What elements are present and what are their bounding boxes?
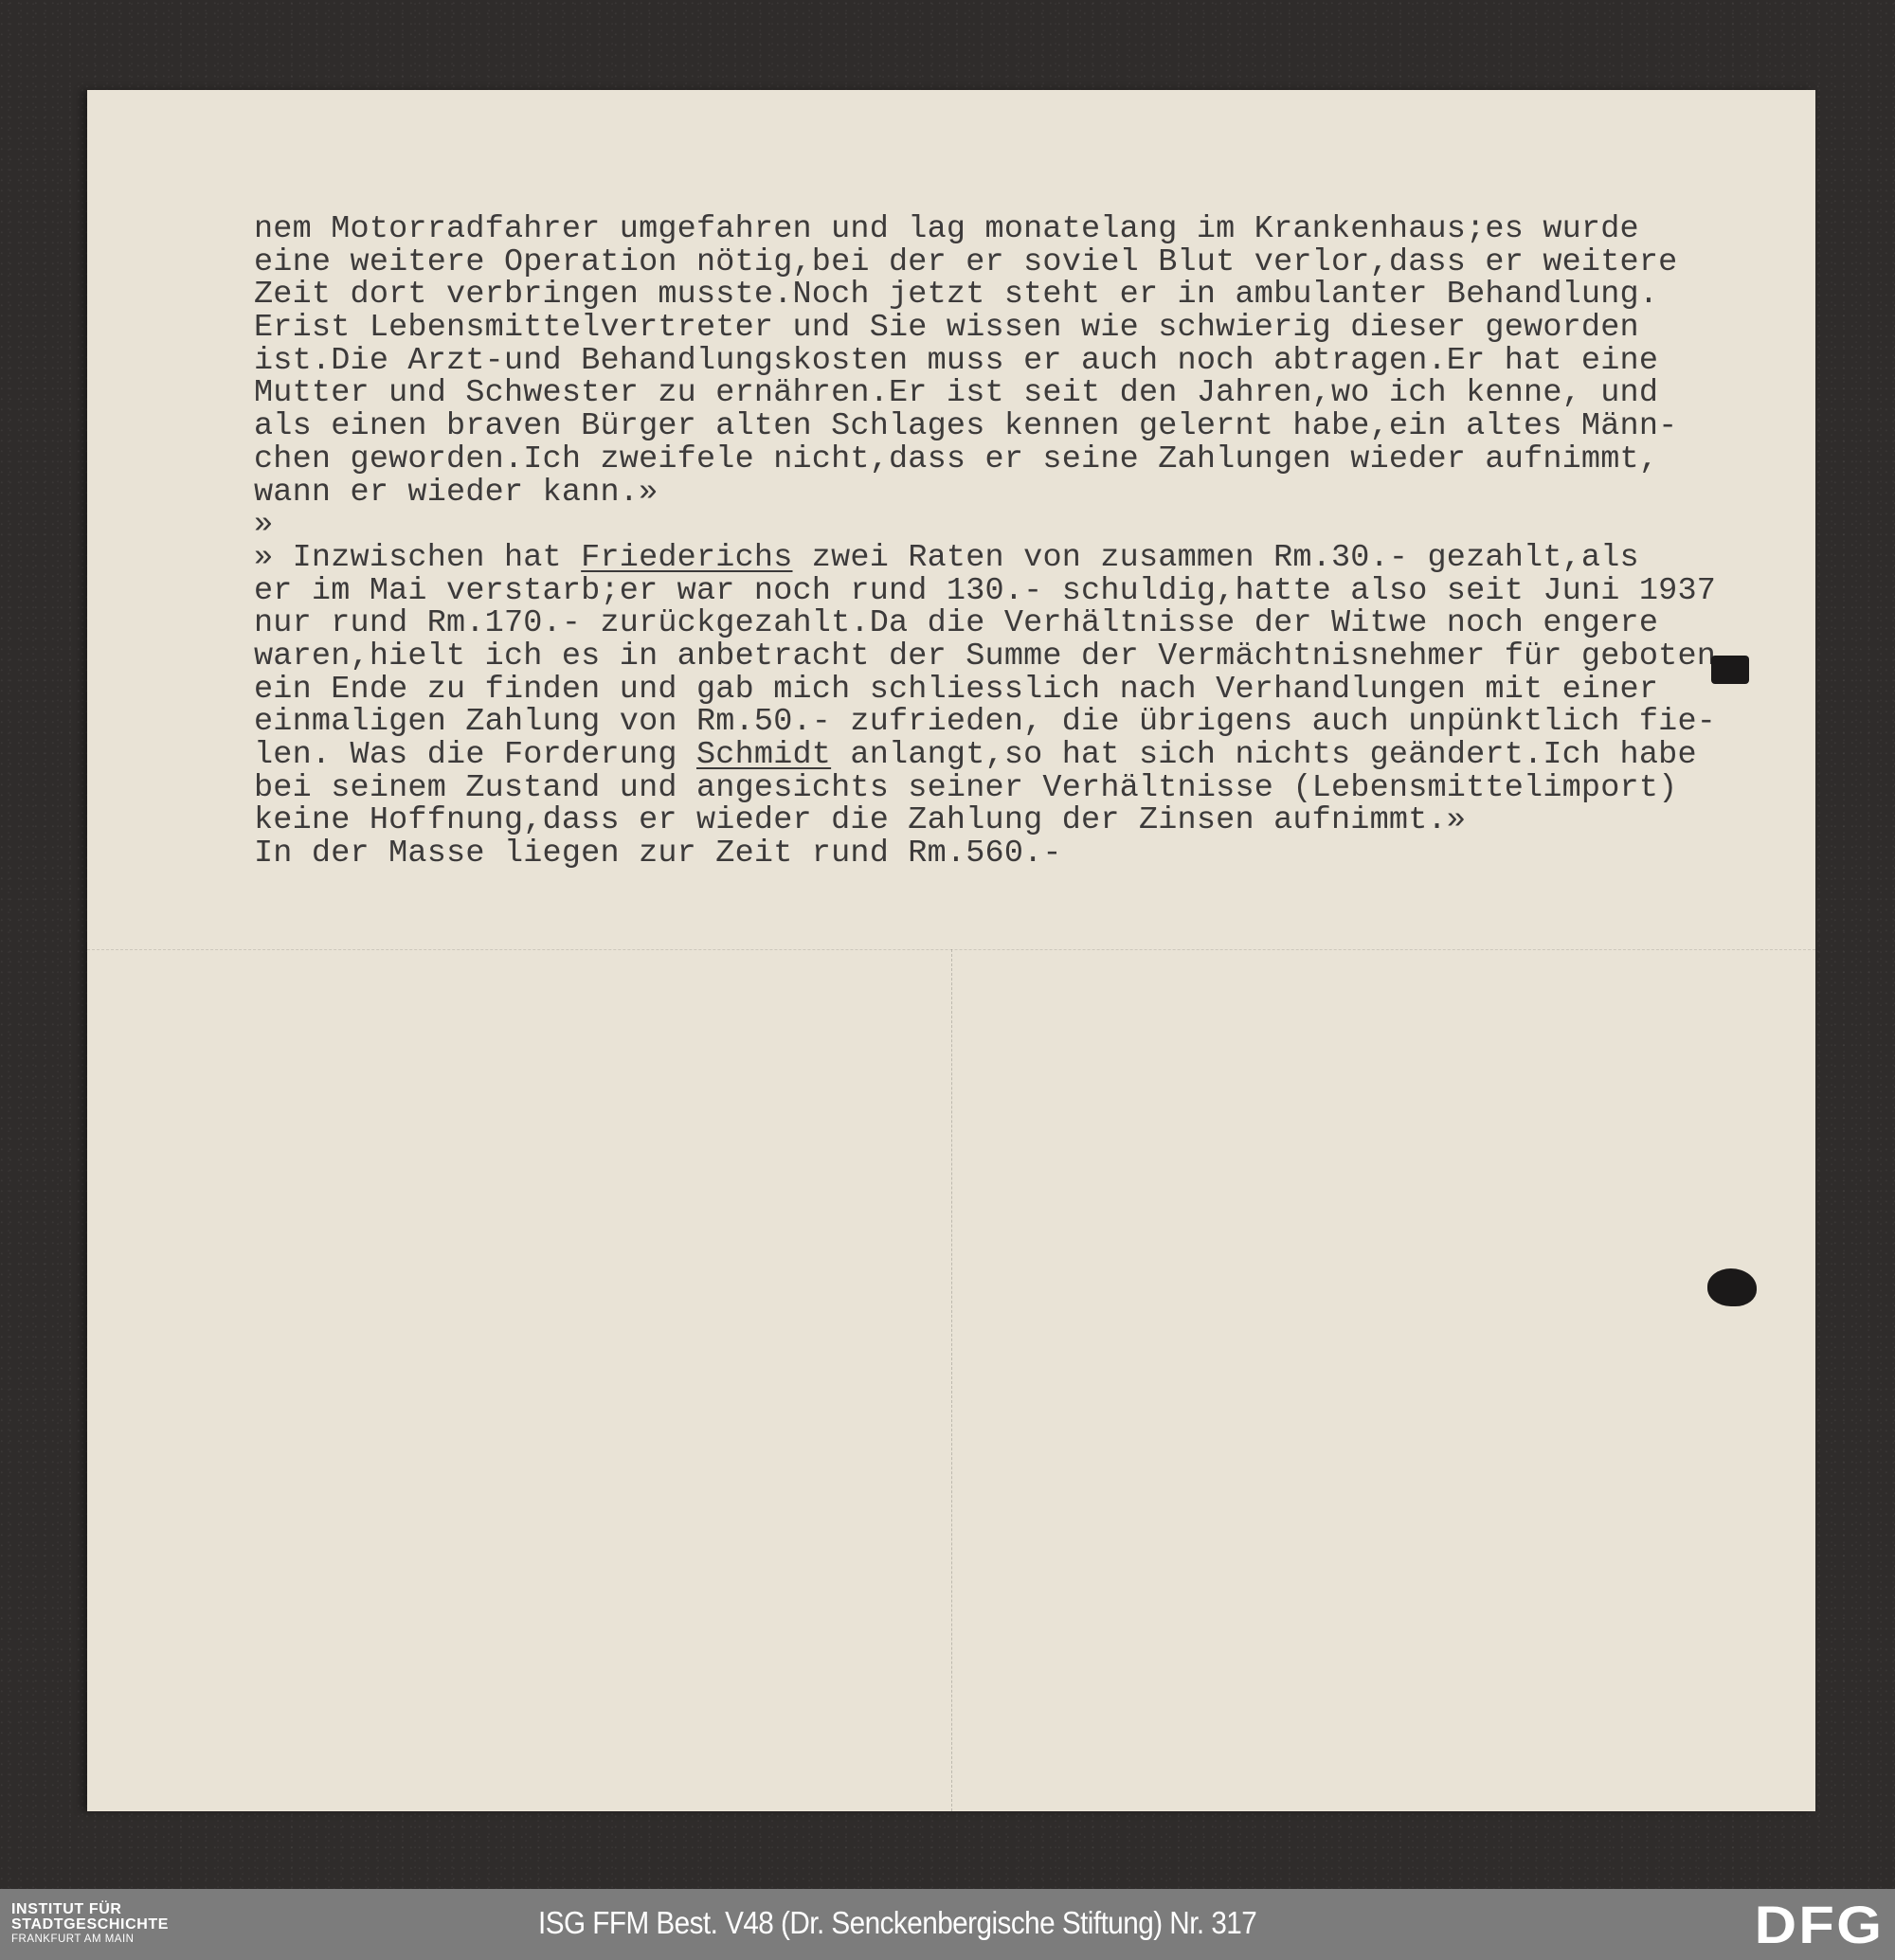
archive-footer-bar: INSTITUT FÜR STADTGESCHICHTE FRANKFURT A…	[0, 1889, 1895, 1960]
archive-signature: ISG FFM Best. V48 (Dr. Senckenbergische …	[538, 1904, 1256, 1942]
text-line: nur rund Rm.170.- zurückgezahlt.Da die V…	[254, 607, 1716, 640]
text-line: chen geworden.Ich zweifele nicht,dass er…	[254, 443, 1716, 477]
text-line: eine weitere Operation nötig,bei der er …	[254, 246, 1716, 279]
text-line: keine Hoffnung,dass er wieder die Zahlun…	[254, 804, 1716, 837]
text-line: » Inzwischen hat Friederichs zwei Raten …	[254, 542, 1716, 575]
underlined-name-schmidt: Schmidt	[696, 737, 831, 773]
institution-line-2: STADTGESCHICHTE	[11, 1917, 169, 1933]
text-line: len. Was die Forderung Schmidt anlangt,s…	[254, 739, 1716, 772]
text-line: »	[254, 509, 1716, 542]
text-line: Mutter und Schwester zu ernähren.Er ist …	[254, 377, 1716, 410]
text-line: er im Mai verstarb;er war noch rund 130.…	[254, 575, 1716, 608]
text-line: wann er wieder kann.»	[254, 477, 1716, 510]
text-line: bei seinem Zustand und angesichts seiner…	[254, 772, 1716, 805]
typewritten-text: nem Motorradfahrer umgefahren und lag mo…	[254, 213, 1716, 871]
text-line: als einen braven Bürger alten Schlages k…	[254, 410, 1716, 443]
text-line: einmaligen Zahlung von Rm.50.- zufrieden…	[254, 706, 1716, 739]
underlined-name-friederichs: Friederichs	[581, 540, 792, 576]
text-line: nem Motorradfahrer umgefahren und lag mo…	[254, 213, 1716, 246]
text-line: Erist Lebensmittelvertreter und Sie wiss…	[254, 312, 1716, 345]
text-line: In der Masse liegen zur Zeit rund Rm.560…	[254, 837, 1716, 871]
dfg-logo: DFG	[1754, 1900, 1884, 1950]
text-line: Zeit dort verbringen musste.Noch jetzt s…	[254, 279, 1716, 312]
text-segment: anlangt,so hat sich nichts geändert.Ich …	[831, 737, 1697, 773]
punch-hole-upper	[1711, 656, 1749, 684]
document-page: nem Motorradfahrer umgefahren und lag mo…	[87, 90, 1815, 1811]
text-line: waren,hielt ich es in anbetracht der Sum…	[254, 640, 1716, 674]
text-line: ein Ende zu finden und gab mich schliess…	[254, 674, 1716, 707]
text-segment: len. Was die Forderung	[254, 737, 696, 773]
text-segment: zwei Raten von zusammen Rm.30.- gezahlt,…	[793, 540, 1639, 576]
punch-hole-lower	[1707, 1268, 1757, 1306]
text-segment: » Inzwischen hat	[254, 540, 581, 576]
text-line: ist.Die Arzt-und Behandlungskosten muss …	[254, 345, 1716, 378]
institution-line-1: INSTITUT FÜR	[11, 1902, 169, 1917]
fold-line-vertical	[951, 949, 952, 1811]
institution-logo: INSTITUT FÜR STADTGESCHICHTE FRANKFURT A…	[11, 1902, 169, 1946]
institution-location: FRANKFURT AM MAIN	[11, 1933, 169, 1946]
